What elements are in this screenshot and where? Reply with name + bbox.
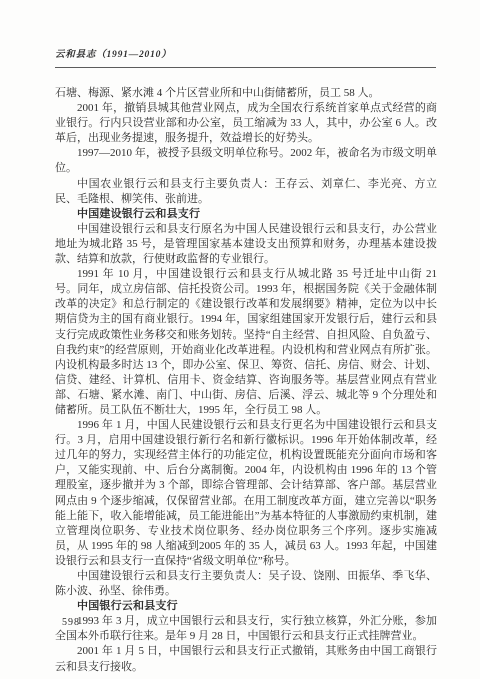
running-header: 云和县志（1991—2010） [55,44,436,68]
paragraph: 1996 年 1 月，中国人民建设银行云和县支行更名为中国建设银行云和县支行。3… [55,418,437,569]
page-number: 598 [62,617,80,628]
paragraph: 2001 年，撤销县城其他营业网点，成为全国农行系统首家单点式经营的商业银行。行… [55,101,437,146]
paragraph: 2001 年 1 月 5 日，中国银行云和县支行正式撤销，其账务由中国工商银行云… [55,644,437,674]
book-page: 云和县志（1991—2010） 石塘、梅源、紧水滩 4 个片区营业所和中山街储蓄… [0,0,480,679]
paragraph: 1991 年 10 月，中国建设银行云和县支行从城北路 35 号迁址中山街 21… [55,267,437,418]
paragraph: 中国建设银行云和县支行原名为中国人民建设银行云和县支行，办公营业地址为城北路 3… [55,222,437,267]
section-heading-ccb: 中国建设银行云和县支行 [55,207,437,222]
paragraph-continuation: 石塘、梅源、紧水滩 4 个片区营业所和中山街储蓄所，员工 58 人。 [55,86,437,101]
paragraph: 中国建设银行云和县支行主要负责人：吴子设、饶刚、田振华、季飞华、陈小波、孙坚、徐… [55,569,437,599]
paragraph: 1997—2010 年，被授予县级文明单位称号。2002 年，被命名为市级文明单… [55,146,437,176]
section-heading-boc: 中国银行云和县支行 [55,599,437,614]
page-body: 石塘、梅源、紧水滩 4 个片区营业所和中山街储蓄所，员工 58 人。 2001 … [55,86,437,675]
paragraph: 中国农业银行云和县支行主要负责人：王存云、刘章仁、李光亮、方立民、毛隆根、柳笑伟… [55,177,437,207]
running-header-title: 云和县志（1991—2010） [55,50,172,60]
paragraph: 1993 年 3 月，成立中国银行云和县支行，实行独立核算，外汇分账，参加全国本… [55,614,437,644]
